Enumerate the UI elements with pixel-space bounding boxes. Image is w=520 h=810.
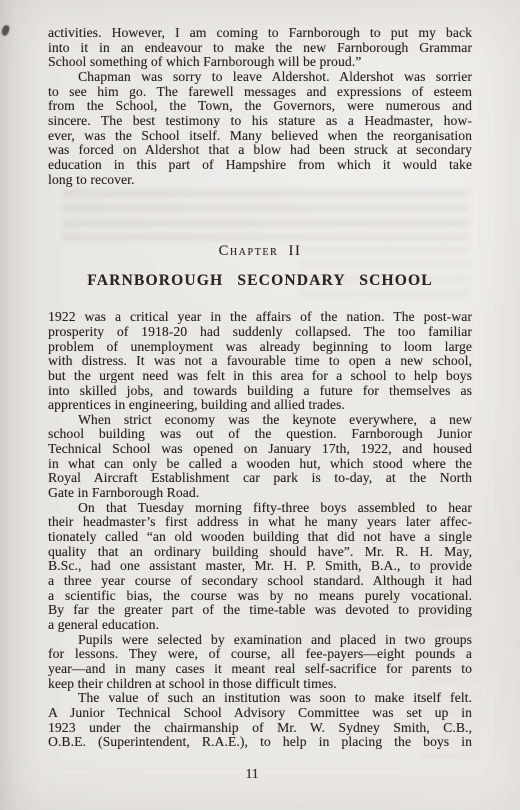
text-line: Gate in Farnborough Road.	[48, 486, 472, 501]
text-line: quality that an ordinary building should…	[48, 545, 472, 560]
body-text-after-heading: 1922 was a critical year in the affairs …	[48, 310, 472, 750]
text-line: long to recover.	[48, 173, 472, 188]
text-line: Royal Aircraft Establishment car park is…	[48, 471, 472, 486]
text-line: year—and in many cases it meant real sel…	[48, 662, 472, 677]
text-line: their headmaster’s first address in what…	[48, 515, 472, 530]
text-line: A Junior Technical School Advisory Commi…	[48, 706, 472, 721]
text-line: problem of unemployment was already begi…	[48, 340, 472, 355]
page-number: 11	[40, 766, 464, 782]
text-line: to see him go. The farewell messages and…	[48, 85, 472, 100]
text-line: The value of such an institution was soo…	[48, 691, 472, 706]
text-line: On that Tuesday morning fifty-three boys…	[48, 501, 472, 516]
text-line: from the School, the Town, the Governors…	[48, 99, 472, 114]
text-line: a general education.	[48, 618, 472, 633]
chapter-heading: Chapter II	[48, 244, 472, 259]
text-line: apprentices in engineering, building and…	[48, 398, 472, 413]
text-line: was forced on Aldershot that a blow had …	[48, 143, 472, 158]
text-line: sincere. The best testimony to his statu…	[48, 114, 472, 129]
text-line: keep their children at school in those d…	[48, 677, 472, 692]
text-line: ever, was the School itself. Many believ…	[48, 129, 472, 144]
text-line: When strict economy was the keynote ever…	[48, 413, 472, 428]
text-line: 1922 was a critical year in the affairs …	[48, 310, 472, 325]
text-line: Pupils were selected by examination and …	[48, 633, 472, 648]
text-line: school building was out of the question.…	[48, 427, 472, 442]
text-line: activities. However, I am coming to Farn…	[48, 26, 472, 41]
text-line: School something of which Farnborough wi…	[48, 55, 472, 70]
paragraph: 1922 was a critical year in the affairs …	[48, 310, 472, 413]
text-line: but the urgent need was felt in this are…	[48, 369, 472, 384]
text-line: O.B.E. (Superintendent, R.A.E.), to help…	[48, 735, 472, 750]
paragraph: On that Tuesday morning fifty-three boys…	[48, 501, 472, 633]
text-line: into skilled jobs, and towards building …	[48, 384, 472, 399]
page-text-block: activities. However, I am coming to Farn…	[48, 26, 472, 750]
text-line: in what can only be called a wooden hut,…	[48, 457, 472, 472]
text-line: with distress. It was not a favourable t…	[48, 354, 472, 369]
paragraph: Chapman was sorry to leave Aldershot. Al…	[48, 70, 472, 187]
text-line: By far the greater part of the time-tabl…	[48, 603, 472, 618]
paragraph: Pupils were selected by examination and …	[48, 633, 472, 692]
text-line: a three year course of secondary school …	[48, 574, 472, 589]
text-line: Technical School was opened on January 1…	[48, 442, 472, 457]
text-line: B.Sc., had one assistant master, Mr. H. …	[48, 559, 472, 574]
text-line: into it in an endeavour to make the new …	[48, 41, 472, 56]
text-line: for lessons. They were, of course, all f…	[48, 647, 472, 662]
text-line: education in this part of Hampshire from…	[48, 158, 472, 173]
paragraph: When strict economy was the keynote ever…	[48, 413, 472, 501]
ink-speck	[1, 24, 10, 36]
text-line: a scientific bias, the course was by no …	[48, 589, 472, 604]
section-title: FARNBOROUGH SECONDARY SCHOOL	[48, 272, 472, 289]
body-text-before-heading: activities. However, I am coming to Farn…	[48, 26, 472, 187]
text-line: prosperity of 1918-20 had suddenly colla…	[48, 325, 472, 340]
text-line: tionately called “an old wooden building…	[48, 530, 472, 545]
scanned-book-page: { "colors": { "paper": "#eae8e4", "ink":…	[0, 0, 520, 810]
text-line: Chapman was sorry to leave Aldershot. Al…	[48, 70, 472, 85]
paragraph: The value of such an institution was soo…	[48, 691, 472, 750]
paragraph: activities. However, I am coming to Farn…	[48, 26, 472, 70]
text-line: 1923 under the chairmanship of Mr. W. Sy…	[48, 721, 472, 736]
